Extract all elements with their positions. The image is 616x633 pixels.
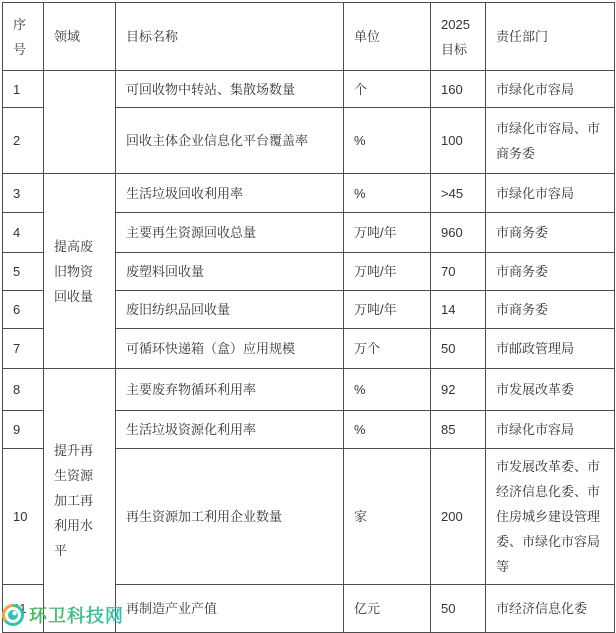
header-dept: 责任部门 <box>486 3 615 71</box>
cell-goal: 160 <box>431 71 486 108</box>
cell-dept: 市绿化市容局 <box>486 71 615 108</box>
cell-goal: 70 <box>431 253 486 291</box>
cell-goal: 200 <box>431 449 486 585</box>
cell-dept: 市绿化市容局、市商务委 <box>486 108 615 174</box>
header-no: 序号 <box>3 3 44 71</box>
cell-target-name: 主要废弃物循环利用率 <box>116 369 344 411</box>
watermark-text: 环卫科技网 <box>29 602 124 628</box>
cell-dept: 市邮政管理局 <box>486 329 615 369</box>
cell-no: 2 <box>3 108 44 174</box>
cell-goal: 50 <box>431 329 486 369</box>
cell-unit: 万吨/年 <box>344 213 431 253</box>
cell-goal: 85 <box>431 411 486 449</box>
cell-target-name: 再生资源加工利用企业数量 <box>116 449 344 585</box>
table-row: 1 可回收物中转站、集散场数量 个 160 市绿化市容局 <box>3 71 615 108</box>
cell-unit: 家 <box>344 449 431 585</box>
cell-no: 8 <box>3 369 44 411</box>
cell-goal: 50 <box>431 585 486 633</box>
cell-goal: >45 <box>431 174 486 213</box>
cell-no: 6 <box>3 291 44 329</box>
cell-dept: 市经济信息化委 <box>486 585 615 633</box>
cell-no: 5 <box>3 253 44 291</box>
cell-goal: 960 <box>431 213 486 253</box>
cell-unit: % <box>344 174 431 213</box>
header-unit: 单位 <box>344 3 431 71</box>
header-field: 领域 <box>44 3 116 71</box>
cell-unit: 万吨/年 <box>344 291 431 329</box>
cell-target-name: 回收主体企业信息化平台覆盖率 <box>116 108 344 174</box>
header-row: 序号 领域 目标名称 单位 2025目标 责任部门 <box>3 3 615 71</box>
table-row: 8 提升再生资源加工再利用水平 主要废弃物循环利用率 % 92 市发展改革委 <box>3 369 615 411</box>
cell-dept: 市发展改革委、市经济信息化委、市住房城乡建设管理委、市绿化市容局等 <box>486 449 615 585</box>
cell-no: 1 <box>3 71 44 108</box>
site-logo-icon <box>1 603 25 627</box>
cell-goal: 92 <box>431 369 486 411</box>
cell-unit: % <box>344 108 431 174</box>
cell-target-name: 生活垃圾回收利用率 <box>116 174 344 213</box>
cell-no: 3 <box>3 174 44 213</box>
header-goal-2025: 2025目标 <box>431 3 486 71</box>
cell-unit: % <box>344 411 431 449</box>
cell-unit: 亿元 <box>344 585 431 633</box>
cell-no: 9 <box>3 411 44 449</box>
header-target-name: 目标名称 <box>116 3 344 71</box>
cell-goal: 100 <box>431 108 486 174</box>
cell-no: 7 <box>3 329 44 369</box>
table-row: 3 提高废旧物资回收量 生活垃圾回收利用率 % >45 市绿化市容局 <box>3 174 615 213</box>
cell-dept: 市发展改革委 <box>486 369 615 411</box>
cell-dept: 市商务委 <box>486 291 615 329</box>
cell-no: 10 <box>3 449 44 585</box>
cell-target-name: 再制造产业产值 <box>116 585 344 633</box>
cell-target-name: 可回收物中转站、集散场数量 <box>116 71 344 108</box>
cell-dept: 市商务委 <box>486 253 615 291</box>
cell-dept: 市商务委 <box>486 213 615 253</box>
cell-unit: % <box>344 369 431 411</box>
cell-unit: 万个 <box>344 329 431 369</box>
watermark: 环卫科技网 <box>1 602 124 628</box>
cell-field-group-empty <box>44 71 116 174</box>
cell-target-name: 生活垃圾资源化利用率 <box>116 411 344 449</box>
cell-goal: 14 <box>431 291 486 329</box>
cell-target-name: 废塑料回收量 <box>116 253 344 291</box>
targets-table: 序号 领域 目标名称 单位 2025目标 责任部门 1 可回收物中转站、集散场数… <box>2 2 615 633</box>
cell-field-group-processing-level: 提升再生资源加工再利用水平 <box>44 369 116 633</box>
cell-unit: 个 <box>344 71 431 108</box>
cell-unit: 万吨/年 <box>344 253 431 291</box>
cell-target-name: 主要再生资源回收总量 <box>116 213 344 253</box>
cell-field-group-recycling-volume: 提高废旧物资回收量 <box>44 174 116 369</box>
cell-no: 4 <box>3 213 44 253</box>
cell-dept: 市绿化市容局 <box>486 411 615 449</box>
cell-dept: 市绿化市容局 <box>486 174 615 213</box>
cell-target-name: 废旧纺织品回收量 <box>116 291 344 329</box>
cell-target-name: 可循环快递箱（盒）应用规模 <box>116 329 344 369</box>
